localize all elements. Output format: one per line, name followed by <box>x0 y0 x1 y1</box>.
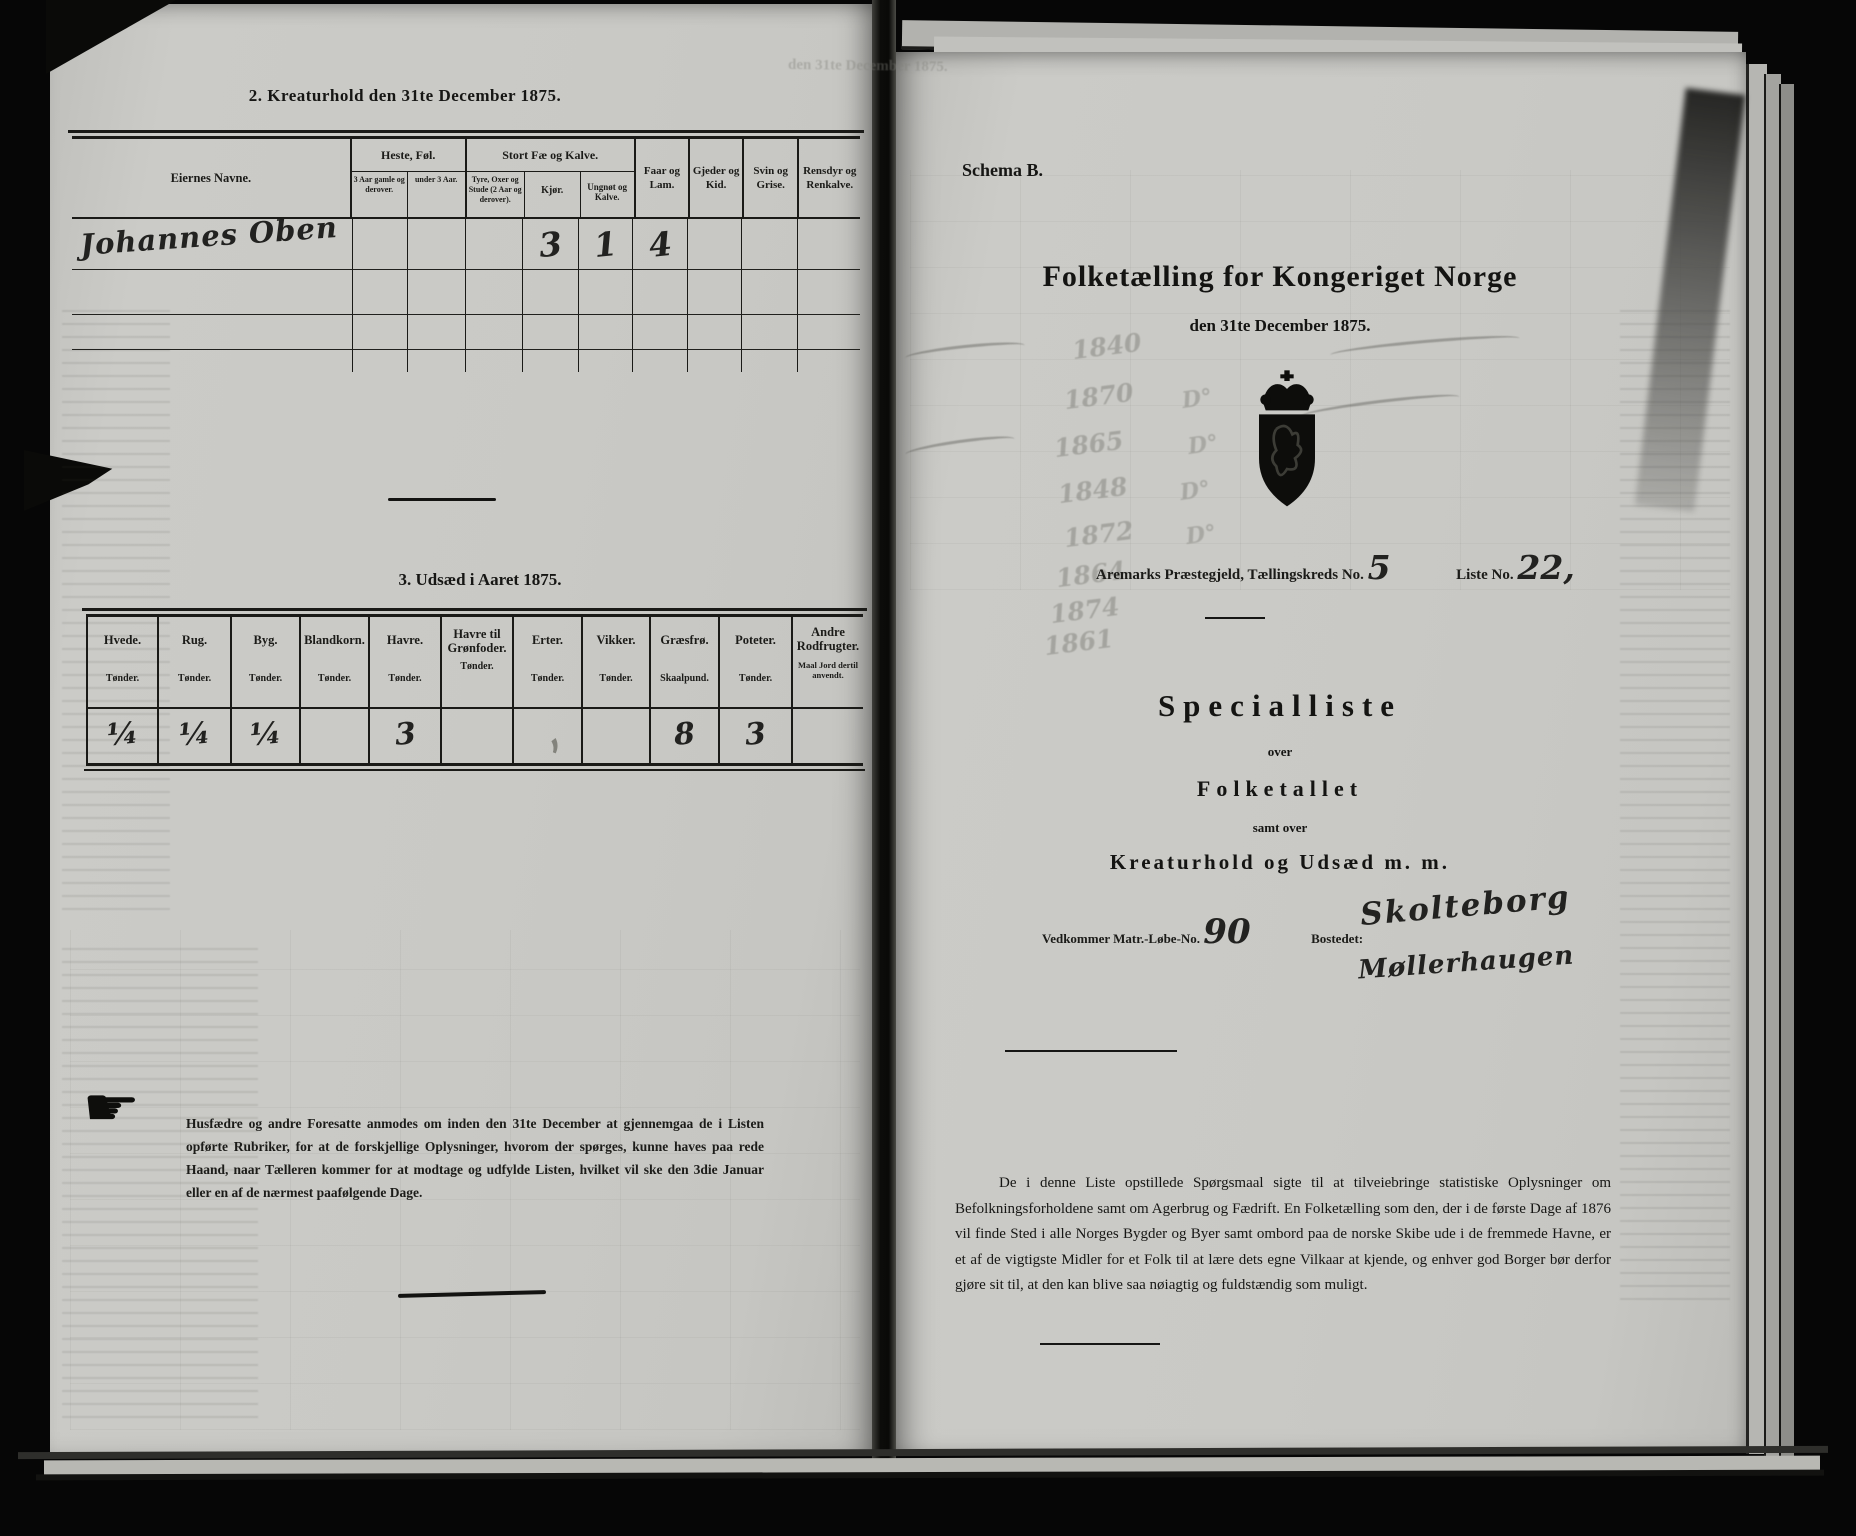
young-cattle-value-cell: 1 <box>578 219 632 269</box>
col-young-cattle: Ungnøt og Kalve. <box>580 172 634 217</box>
col-name: Vikker. <box>583 617 649 665</box>
cows-value-cell: 3 <box>522 219 578 269</box>
udsaed-col-vikker: Vikker. Tønder. <box>581 617 649 763</box>
cattle-group: Stort Fæ og Kalve. Tyre, Oxer og Stude (… <box>465 139 634 217</box>
col-reindeer: Rensdyr og Renkalve. <box>797 139 860 217</box>
kreaturhold-row-4 <box>72 350 860 372</box>
col-value: ¼ <box>105 715 139 753</box>
kreaturhold-row-3 <box>72 315 860 350</box>
manicule-icon: ☛ <box>82 1078 140 1138</box>
page-stack-edge-3 <box>1779 84 1794 1458</box>
horses-group: Heste, Føl. 3 Aar gamle og derover. unde… <box>350 139 465 217</box>
horses-group-label: Heste, Føl. <box>352 139 465 172</box>
col-name: Rug. <box>159 617 230 665</box>
col-unit: Maal Jord dertil anvendt. <box>793 657 863 695</box>
udsaed-col-graesfro: Græsfrø. Skaalpund. 8 <box>649 617 718 763</box>
kreaturhold-header-row: Eiernes Navne. Heste, Føl. 3 Aar gamle o… <box>72 139 860 219</box>
cattle-group-label: Stort Fæ og Kalve. <box>467 139 634 172</box>
kreaturhold-table: Eiernes Navne. Heste, Føl. 3 Aar gamle o… <box>72 136 860 372</box>
norway-coat-of-arms <box>1247 370 1327 512</box>
young-cattle-value: 1 <box>592 223 619 264</box>
col-value: 8 <box>673 716 697 753</box>
parish-name: Aremarks Præstegjeld, <box>1096 567 1244 583</box>
col-unit: Tønder. <box>720 665 791 707</box>
sheep-value: 4 <box>647 223 674 264</box>
book-gutter <box>872 0 896 1460</box>
ghost-ditto-mark: D° <box>1186 430 1219 460</box>
matrikkel-label: Vedkommer Matr.-Løbe-No. <box>1042 931 1200 946</box>
col-unit: Tønder. <box>442 659 512 695</box>
col-value: ¼ <box>177 715 211 753</box>
col-name: Poteter. <box>720 617 791 665</box>
col-unit: Skaalpund. <box>651 665 718 707</box>
bottom-rule <box>1040 1343 1160 1345</box>
col-name: Hvede. <box>88 617 157 665</box>
district-line: Aremarks Præstegjeld, Tællingskreds No. … <box>1096 548 1575 587</box>
footnote-lead: Husfædre <box>186 1116 243 1131</box>
col-value: ¼ <box>248 715 282 753</box>
instruction-paragraph: De i denne Liste opstillede Spørgsmaal s… <box>955 1171 1611 1299</box>
cows-value: 3 <box>537 223 564 264</box>
samt-over-word: samt over <box>950 820 1610 836</box>
col-horses-over3: 3 Aar gamle og derover. <box>352 172 407 217</box>
bleedthrough-texture-right-margin <box>1620 300 1730 1300</box>
udsaed-col-havre-gronfoder: Havre til Grønfoder. Tønder. <box>440 617 512 763</box>
col-name: Havre til Grønfoder. <box>442 617 512 659</box>
col-unit: Tønder. <box>301 665 368 707</box>
cell <box>741 219 797 269</box>
col-goats-kids: Gjeder og Kid. <box>688 139 742 217</box>
col-sheep-lambs: Faar og Lam. <box>634 139 689 217</box>
udsaed-col-rug: Rug. Tønder. ¼ <box>157 617 230 763</box>
udsaed-table: Hvede. Tønder. ¼ Rug. Tønder. ¼ Byg. Tøn… <box>86 614 863 766</box>
col-horses-under3: under 3 Aar. <box>407 172 465 217</box>
kreaturhold-row-1: Johannes Oben 3 1 4 <box>72 219 860 270</box>
col-name: Erter. <box>514 617 581 665</box>
ghost-subtitle-bleed: den 31te December 1875. <box>788 57 948 76</box>
schema-label: Schema B. <box>962 160 1043 181</box>
owner-name-header: Eiernes Navne. <box>72 139 350 217</box>
folketallet-heading: Folketallet <box>950 776 1610 802</box>
udsaed-col-erter: Erter. Tønder. , <box>512 617 581 763</box>
section-divider-dash <box>388 498 496 501</box>
census-scan-spread: den 31te December 1875. 1840 1870 1865 1… <box>0 0 1856 1536</box>
col-value-stray-mark: , <box>528 712 566 756</box>
col-unit: Tønder. <box>232 665 299 707</box>
mid-rule <box>1005 1050 1177 1052</box>
cell <box>352 219 407 269</box>
col-name: Andre Rodfrugter. <box>793 617 863 657</box>
footnote-paragraph: Husfædre og andre Foresatte anmodes om i… <box>186 1112 764 1204</box>
specialliste-heading: Specialliste <box>950 688 1610 724</box>
list-number-value: 22, <box>1517 548 1574 587</box>
enumeration-district-label: Tællingskreds No. <box>1248 567 1364 583</box>
udsaed-col-hvede: Hvede. Tønder. ¼ <box>86 617 157 763</box>
over-word: over <box>950 744 1610 760</box>
cell <box>687 219 741 269</box>
cell <box>465 219 522 269</box>
kreaturhold-row-2 <box>72 270 860 315</box>
col-value: 3 <box>393 716 417 753</box>
census-title: Folketælling for Kongeriget Norge <box>950 260 1610 294</box>
col-unit: Tønder. <box>88 665 157 707</box>
col-unit: Tønder. <box>370 665 440 707</box>
udsaed-title: 3. Udsæd i Aaret 1875. <box>270 570 690 590</box>
col-value: 3 <box>744 716 768 753</box>
col-pigs: Svin og Grise. <box>742 139 798 217</box>
ghost-ditto-mark: D° <box>1184 520 1217 550</box>
col-name: Byg. <box>232 617 299 665</box>
col-unit: Tønder. <box>159 665 230 707</box>
udsaed-col-andre-rodfrugter: Andre Rodfrugter. Maal Jord dertil anven… <box>791 617 863 763</box>
kreaturhold-udsaed-heading: Kreaturhold og Udsæd m. m. <box>950 850 1610 875</box>
udsaed-col-byg: Byg. Tønder. ¼ <box>230 617 299 763</box>
col-name: Græsfrø. <box>651 617 718 665</box>
col-cows: Kjør. <box>524 172 580 217</box>
udsaed-header-rule <box>86 707 863 709</box>
cell <box>797 219 860 269</box>
footnote-text: og andre Foresatte anmodes om inden den … <box>186 1116 764 1200</box>
bleedthrough-texture-left-margin <box>62 300 170 910</box>
matrikkel-number: 90 <box>1203 912 1250 952</box>
ghost-ditto-mark: D° <box>1178 476 1211 506</box>
ghost-ditto-mark: D° <box>1180 384 1213 414</box>
small-rule <box>1205 617 1265 619</box>
kreaturhold-title: 2. Kreaturhold den 31te December 1875. <box>170 86 640 106</box>
census-subtitle: den 31te December 1875. <box>950 316 1610 336</box>
sheep-value-cell: 4 <box>632 219 687 269</box>
col-bulls-oxen: Tyre, Oxer og Stude (2 Aar og derover). <box>467 172 524 217</box>
col-unit: Tønder. <box>583 665 649 707</box>
col-name: Blandkorn. <box>301 617 368 665</box>
col-unit: Tønder. <box>514 665 581 707</box>
enumeration-district-number: 5 <box>1368 548 1391 587</box>
owner-name-cell: Johannes Oben <box>72 219 352 269</box>
residence-label: Bostedet: <box>1311 931 1363 946</box>
cell <box>407 219 465 269</box>
udsaed-col-havre: Havre. Tønder. 3 <box>368 617 440 763</box>
udsaed-col-blandkorn: Blandkorn. Tønder. <box>299 617 368 763</box>
list-number-label: Liste No. <box>1456 567 1514 583</box>
udsaed-col-poteter: Poteter. Tønder. 3 <box>718 617 791 763</box>
col-name: Havre. <box>370 617 440 665</box>
matrikkel-line: Vedkommer Matr.-Løbe-No. 90 Bostedet: <box>1042 912 1363 952</box>
